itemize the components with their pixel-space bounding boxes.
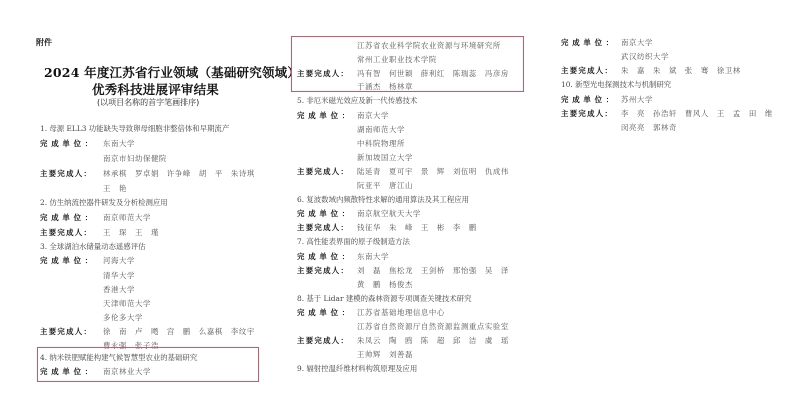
project-6-unit-label: 完成单位： <box>297 208 353 219</box>
project-4-unit-2: 江苏省农业科学院农业资源与环境研究所 <box>357 40 501 51</box>
project-5-title: 5. 非厄米磁光效应及新一代传感技术 <box>297 95 417 106</box>
project-2-persons-line1: 王 琛 王 瑾 <box>103 227 159 238</box>
project-4-persons-label: 主要完成人： <box>297 68 349 79</box>
project-7-unit-1: 东南大学 <box>357 251 389 262</box>
project-7-title: 7. 高性能表界面的原子级制造方法 <box>297 236 410 247</box>
project-8-persons-line1: 朱凤云 陶 鸥 陈 超 邱 洁 虞 瑶 <box>357 335 509 346</box>
project-6-title: 6. 复波数域内频散特性求解的通用算法及其工程应用 <box>297 194 469 205</box>
project-5-persons-label: 主要完成人： <box>297 166 349 177</box>
project-5-unit-2: 湖南师范大学 <box>357 124 405 135</box>
project-9-unit-2: 武汉纺织大学 <box>621 51 669 62</box>
project-3-unit-4: 天津师范大学 <box>103 298 151 309</box>
project-10-unit-1: 苏州大学 <box>621 94 653 105</box>
project-10-persons-label: 主要完成人： <box>561 108 613 119</box>
project-3-persons-label: 主要完成人： <box>40 326 92 337</box>
project-4-unit-1: 南京林业大学 <box>103 366 151 377</box>
project-3-unit-3: 香港大学 <box>103 284 135 295</box>
project-7-persons-label: 主要完成人： <box>297 265 349 276</box>
project-6-unit-1: 南京航空航天大学 <box>357 208 421 219</box>
project-9-unit-label: 完成单位： <box>561 37 617 48</box>
project-4-persons-line1: 冯有智 何世颖 薛利红 陈瑞蕊 冯彦房 <box>357 68 509 79</box>
project-2-unit-1: 南京师范大学 <box>103 212 151 223</box>
project-5-unit-4: 新加坡国立大学 <box>357 152 413 163</box>
project-10-persons-line1: 李 亮 孙浩轩 曹风人 王 孟 田 维 <box>621 108 773 119</box>
document-subtitle: (以项目名称的首字笔画排序) <box>97 97 199 108</box>
attachment-label: 附件 <box>36 37 52 48</box>
project-7-persons-line1: 刘 磊 焦松龙 王剑桥 邢怡强 吴 泽 <box>357 265 509 276</box>
project-1-persons-line1: 林承棋 罗卓娟 许争峰 胡 平 朱诗琪 <box>103 168 255 179</box>
project-8-unit-2: 江苏省自然资源厅自然资源监测重点实验室 <box>357 321 509 332</box>
project-8-persons-label: 主要完成人： <box>297 335 349 346</box>
project-7-persons-line2: 黄 鹏 杨俊杰 <box>357 279 413 290</box>
project-5-unit-1: 南京大学 <box>357 110 389 121</box>
project-10-unit-label: 完成单位： <box>561 94 617 105</box>
project-10-persons-line2: 闵亮亮 郭林奇 <box>621 122 677 133</box>
project-2-persons-label: 主要完成人： <box>40 227 92 238</box>
project-3-unit-2: 清华大学 <box>103 270 135 281</box>
project-5-persons-line1: 陆延青 夏可宇 景 辉 刘伍明 仇成伟 <box>357 166 509 177</box>
document-title-line1: 2024 年度江苏省行业领域（基础研究领域） <box>44 63 300 81</box>
project-2-unit-label: 完成单位： <box>40 212 96 223</box>
project-9-persons-line1: 朱 嘉 朱 斌 张 骞 徐卫林 <box>621 65 741 76</box>
project-9-persons-label: 主要完成人： <box>561 65 613 76</box>
project-1-persons-label: 主要完成人： <box>40 168 92 179</box>
project-1-persons-line2: 王 艳 <box>103 183 127 194</box>
project-9-unit-1: 南京大学 <box>621 37 653 48</box>
project-8-unit-1: 江苏省基础地理信息中心 <box>357 307 445 318</box>
project-9-title: 9. 辐射控温纤维材料构筑原理及应用 <box>297 363 417 374</box>
project-5-unit-3: 中科院物理所 <box>357 138 405 149</box>
project-3-unit-1: 河海大学 <box>103 255 135 266</box>
project-4-unit-3: 常州工业职业技术学院 <box>357 54 437 65</box>
project-1-title: 1. 母源 ELL3 功能缺失导致卵母细胞非整倍体和早期流产 <box>40 123 229 134</box>
project-8-unit-label: 完成单位： <box>297 307 353 318</box>
project-3-persons-line1: 徐 南 卢 飏 宫 鹏 么嘉棋 李纹宇 <box>103 326 255 337</box>
project-1-unit-1: 东南大学 <box>103 138 135 149</box>
project-4-unit-label: 完成单位： <box>40 366 96 377</box>
project-1-unit-label: 完成单位： <box>40 138 96 149</box>
project-1-unit-2: 南京市妇幼保健院 <box>103 153 167 164</box>
project-8-persons-line2: 王帅辉 刘善磊 <box>357 349 413 360</box>
project-4-title: 4. 纳米铁肥赋能构建气候智慧型农业的基础研究 <box>40 352 197 363</box>
project-4-persons-line2: 于涵杰 杨林章 <box>357 81 413 92</box>
project-6-persons-label: 主要完成人： <box>297 222 349 233</box>
project-2-title: 2. 仿生纳流控器件研发及分析检测应用 <box>40 197 168 208</box>
project-6-persons-line1: 钱征华 朱 峰 王 彬 李 鹏 <box>357 222 477 233</box>
project-5-persons-line2: 阮亚平 唐江山 <box>357 180 413 191</box>
project-5-unit-label: 完成单位： <box>297 110 353 121</box>
project-10-title: 10. 新型光电探测技术与机制研究 <box>561 79 671 90</box>
project-8-title: 8. 基于 Lidar 建模的森林资源专项调查关键技术研究 <box>297 293 471 304</box>
project-3-unit-5: 多伦多大学 <box>103 312 143 323</box>
project-7-unit-label: 完成单位： <box>297 251 353 262</box>
document-title-line2: 优秀科技进展评审结果 <box>92 80 219 98</box>
project-3-title: 3. 全球湖泊水储量动态遥感评估 <box>40 241 145 252</box>
project-3-unit-label: 完成单位： <box>40 255 96 266</box>
